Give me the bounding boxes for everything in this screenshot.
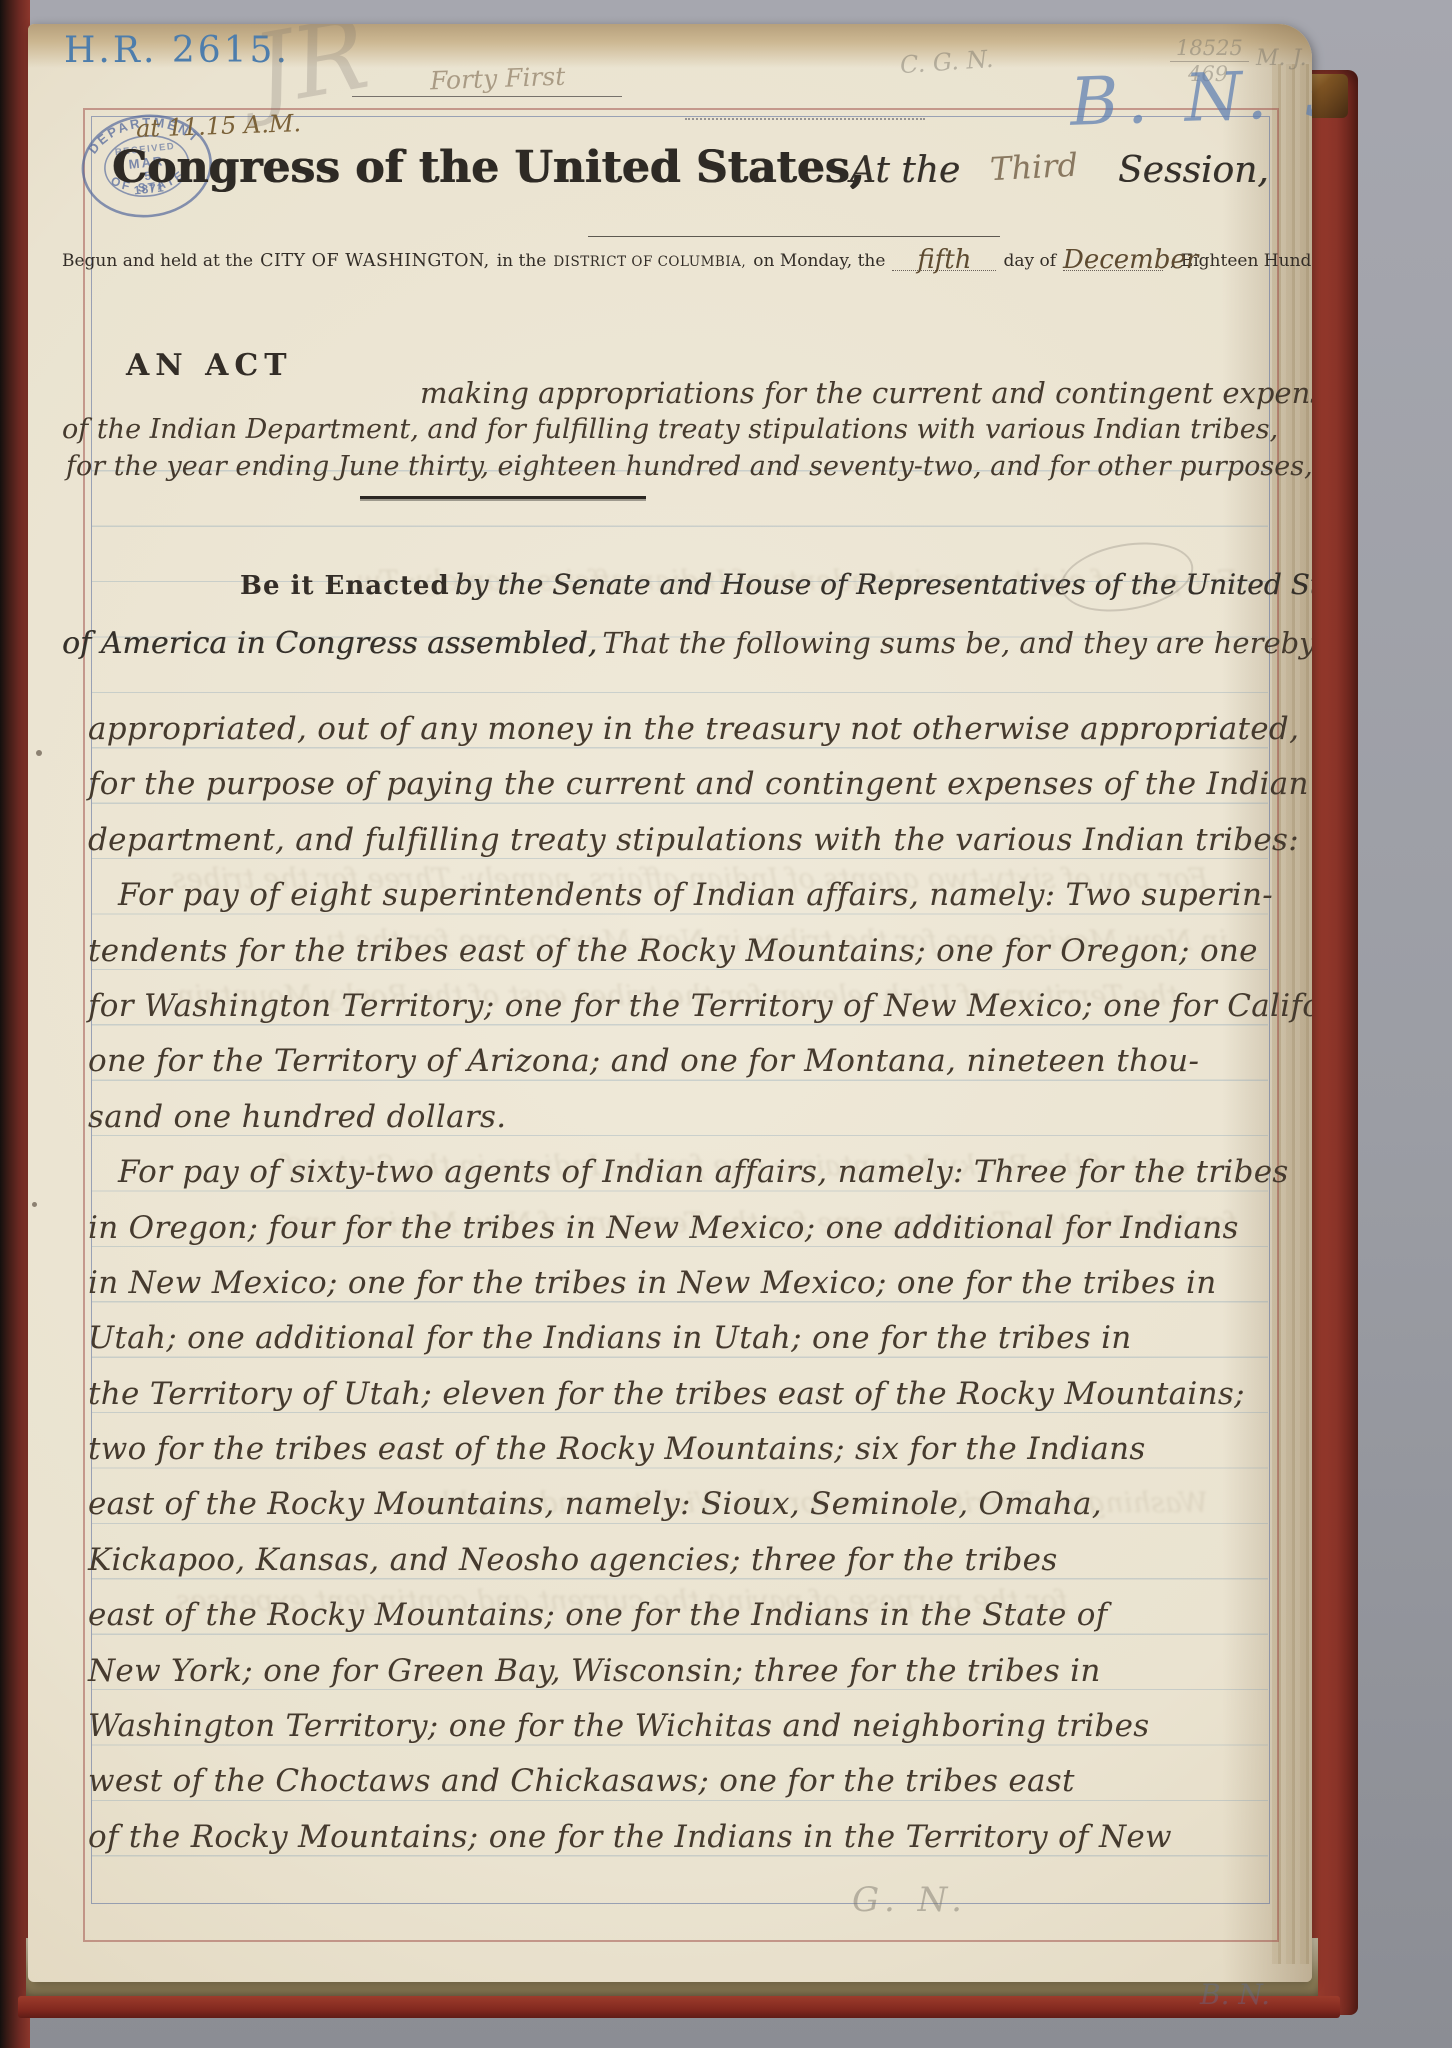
body-line: for the purpose of paying the current an…: [88, 757, 1270, 812]
photo-background: For pay of eight superintendents of Indi…: [0, 0, 1452, 2048]
begun-month-fill: December: [1063, 250, 1163, 271]
act-divider-rule: [360, 496, 646, 499]
body-line: department, and fulfilling treaty stipul…: [88, 813, 1270, 868]
document-page: For pay of eight superintendents of Indi…: [28, 24, 1312, 1982]
body-line: tendents for the tribes east of the Rock…: [88, 924, 1270, 979]
body-line: west of the Choctaws and Chickasaws; one…: [88, 1754, 1270, 1809]
enacting-line2: of America in Congress assembled, That t…: [62, 626, 1312, 661]
book-spine-left: [0, 0, 30, 2048]
bill-number-blue: B. N. 52: [1069, 52, 1312, 141]
body-line: Utah; one additional for the Indians in …: [88, 1311, 1270, 1366]
body-line: east of the Rocky Mountains, namely: Sio…: [88, 1477, 1270, 1532]
enacting-printed2: of America in Congress assembled,: [62, 626, 597, 661]
body-line: in Oregon; four for the tribes in New Me…: [88, 1201, 1270, 1256]
binder-mark: [36, 750, 42, 756]
begun-city: CITY OF WASHINGTON,: [260, 251, 490, 271]
book-cover-bottom: [18, 1996, 1340, 2018]
body-line: appropriated, out of any money in the tr…: [88, 702, 1270, 757]
body-line: of the Rocky Mountains; one for the Indi…: [88, 1810, 1270, 1865]
body-text: appropriated, out of any money in the tr…: [88, 702, 1270, 1865]
bottom-edge-initials: B. N.: [1200, 1978, 1270, 2011]
body-line: sand one hundred dollars.: [88, 1090, 1270, 1145]
body-line: Kickapoo, Kansas, and Neosho agencies; t…: [88, 1533, 1270, 1588]
received-time-note: at 11.15 A.M.: [136, 109, 302, 143]
begun-district: DISTRICT OF COLUMBIA,: [553, 254, 746, 270]
begun-part1: Begun and held at the: [62, 251, 253, 271]
printed-dotted-leader: [685, 118, 925, 120]
begun-day-fill: fifth: [892, 250, 996, 271]
body-line: For pay of eight superintendents of Indi…: [88, 868, 1270, 923]
body-line: east of the Rocky Mountains; one for the…: [88, 1588, 1270, 1643]
body-line: for Washington Territory; one for the Te…: [88, 979, 1270, 1034]
enacting-be-it: Be it Enacted: [240, 571, 450, 601]
session-note-underline: [352, 96, 622, 97]
an-act-title: AN ACT: [126, 348, 293, 383]
session-note-handwritten: Forty First: [430, 62, 566, 96]
body-line: one for the Territory of Arizona; and on…: [88, 1034, 1270, 1089]
body-line: two for the tribes east of the Rocky Mou…: [88, 1422, 1270, 1477]
begun-part2: in the: [497, 251, 547, 271]
act-desc-line2: of the Indian Department, and for fulfil…: [62, 414, 1278, 445]
body-line: in New Mexico; one for the tribes in New…: [88, 1256, 1270, 1311]
heading-session-word: Session,: [1118, 150, 1269, 191]
binder-mark: [32, 1202, 37, 1207]
begun-part3: on Monday, the: [753, 251, 885, 271]
body-line: New York; one for Green Bay, Wisconsin; …: [88, 1644, 1270, 1699]
begun-held-line: Begun and held at the CITY OF WASHINGTON…: [62, 248, 1252, 271]
body-line: For pay of sixty-two agents of Indian af…: [88, 1145, 1270, 1200]
body-line: the Territory of Utah; eleven for the tr…: [88, 1367, 1270, 1422]
heading-congress: Congress of the United States,: [112, 142, 865, 193]
act-desc-line1: making appropriations for the current an…: [420, 376, 1312, 410]
heading-rule: [588, 236, 1000, 237]
act-desc-line3: for the year ending June thirty, eightee…: [66, 451, 1312, 482]
enacting-hand1: That the following sums be, and they are…: [602, 626, 1312, 660]
body-line: Washington Territory; one for the Wichit…: [88, 1699, 1270, 1754]
pencil-initials-top: C. G. N.: [899, 45, 994, 79]
heading-session-ordinal: Third: [989, 146, 1079, 189]
begun-part4: day of: [1003, 251, 1056, 271]
bottom-initials: G. N.: [852, 1880, 968, 1920]
heading-at-the: At the: [850, 150, 960, 191]
